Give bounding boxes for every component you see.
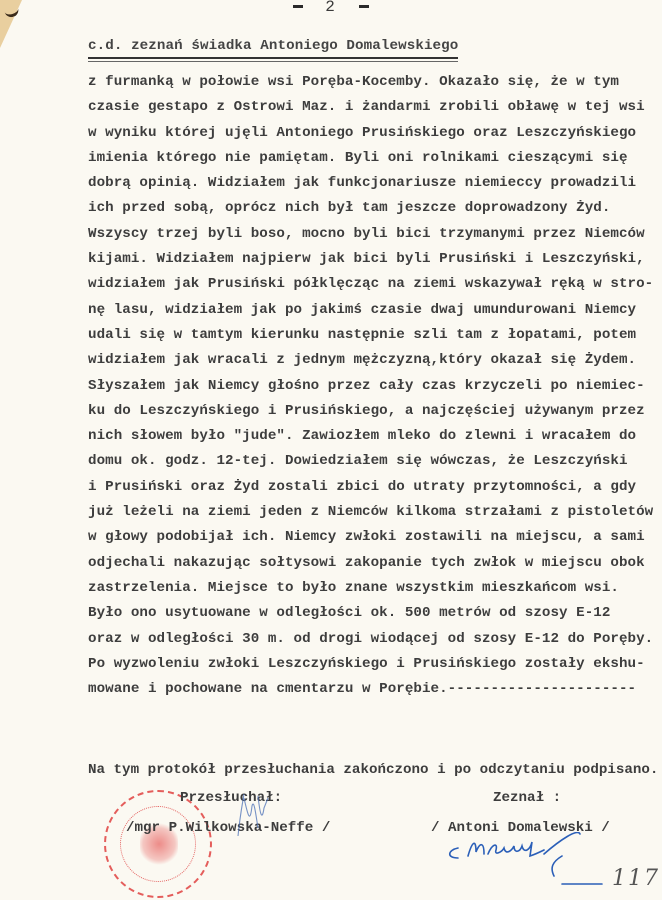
text-line: domu ok. godz. 12-tej. Dowiedziałem się …	[88, 449, 662, 474]
dash-right	[359, 5, 369, 8]
text-line: odjechali nakazując sołtysowi zakopanie …	[88, 551, 662, 576]
text-line: widziałem jak Prusiński półklęcząc na zi…	[88, 272, 662, 297]
text-line: czasie gestapo z Ostrowi Maz. i żandarmi…	[88, 95, 662, 120]
text-line: z furmanką w połowie wsi Poręba-Kocemby.…	[88, 70, 662, 95]
text-line: w wyniku której ujęli Antoniego Prusińsk…	[88, 121, 662, 146]
text-line: zastrzelenia. Miejsce to było znane wszy…	[88, 576, 662, 601]
text-line: nich słowem było "jude". Zawiozłem mleko…	[88, 424, 662, 449]
witness-label: Zeznał :	[493, 790, 561, 806]
text-line: Było ono usytuowane w odległości ok. 500…	[88, 601, 662, 626]
interrogator-signature	[230, 786, 280, 846]
text-line: nę lasu, widziałem jak po jakimś czasie …	[88, 298, 662, 323]
testimony-body: z furmanką w połowie wsi Poręba-Kocemby.…	[88, 70, 662, 702]
closing-statement: Na tym protokół przesłuchania zakończono…	[88, 762, 658, 778]
text-line: ich przed sobą, oprócz nich był tam jesz…	[88, 196, 662, 221]
text-line: i Prusiński oraz Żyd zostali zbici do ut…	[88, 475, 662, 500]
text-line: dobrą opinią. Widziałem jak funkcjonariu…	[88, 171, 662, 196]
text-line: mowane i pochowane na cmentarzu w Porębi…	[88, 677, 662, 702]
page-number-value: 2	[325, 0, 337, 16]
official-red-stamp	[104, 790, 212, 898]
text-line: kijami. Widziałem najpierw jak bici byli…	[88, 247, 662, 272]
text-line: imienia którego nie pamiętam. Byli oni r…	[88, 146, 662, 171]
witness-signature	[440, 832, 630, 892]
text-line: już leżeli na ziemi jeden z Niemców kilk…	[88, 500, 662, 525]
text-line: Wszyscy trzej byli boso, mocno byli bici…	[88, 222, 662, 247]
interrogator-name: /mgr P.Wilkowska-Neffe /	[126, 820, 330, 836]
text-line: ku do Leszczyńskiego i Prusińskiego, a n…	[88, 399, 662, 424]
text-line: Słyszałem jak Niemcy głośno przez cały c…	[88, 374, 662, 399]
text-line: udali się w tamtym kierunku następnie sz…	[88, 323, 662, 348]
archive-page-number: 117	[612, 866, 660, 891]
text-line: w głowy podobijał ich. Niemcy zwłoki zos…	[88, 525, 662, 550]
text-line: Po wyzwoleniu zwłoki Leszczyńskiego i Pr…	[88, 652, 662, 677]
text-line: oraz w odległości 30 m. od drogi wiodące…	[88, 627, 662, 652]
page-number: 2	[0, 0, 662, 16]
dash-left	[293, 5, 303, 8]
document-heading: c.d. zeznań świadka Antoniego Domalewski…	[88, 38, 458, 59]
text-line: widziałem jak wracali z jednym mężczyzną…	[88, 348, 662, 373]
